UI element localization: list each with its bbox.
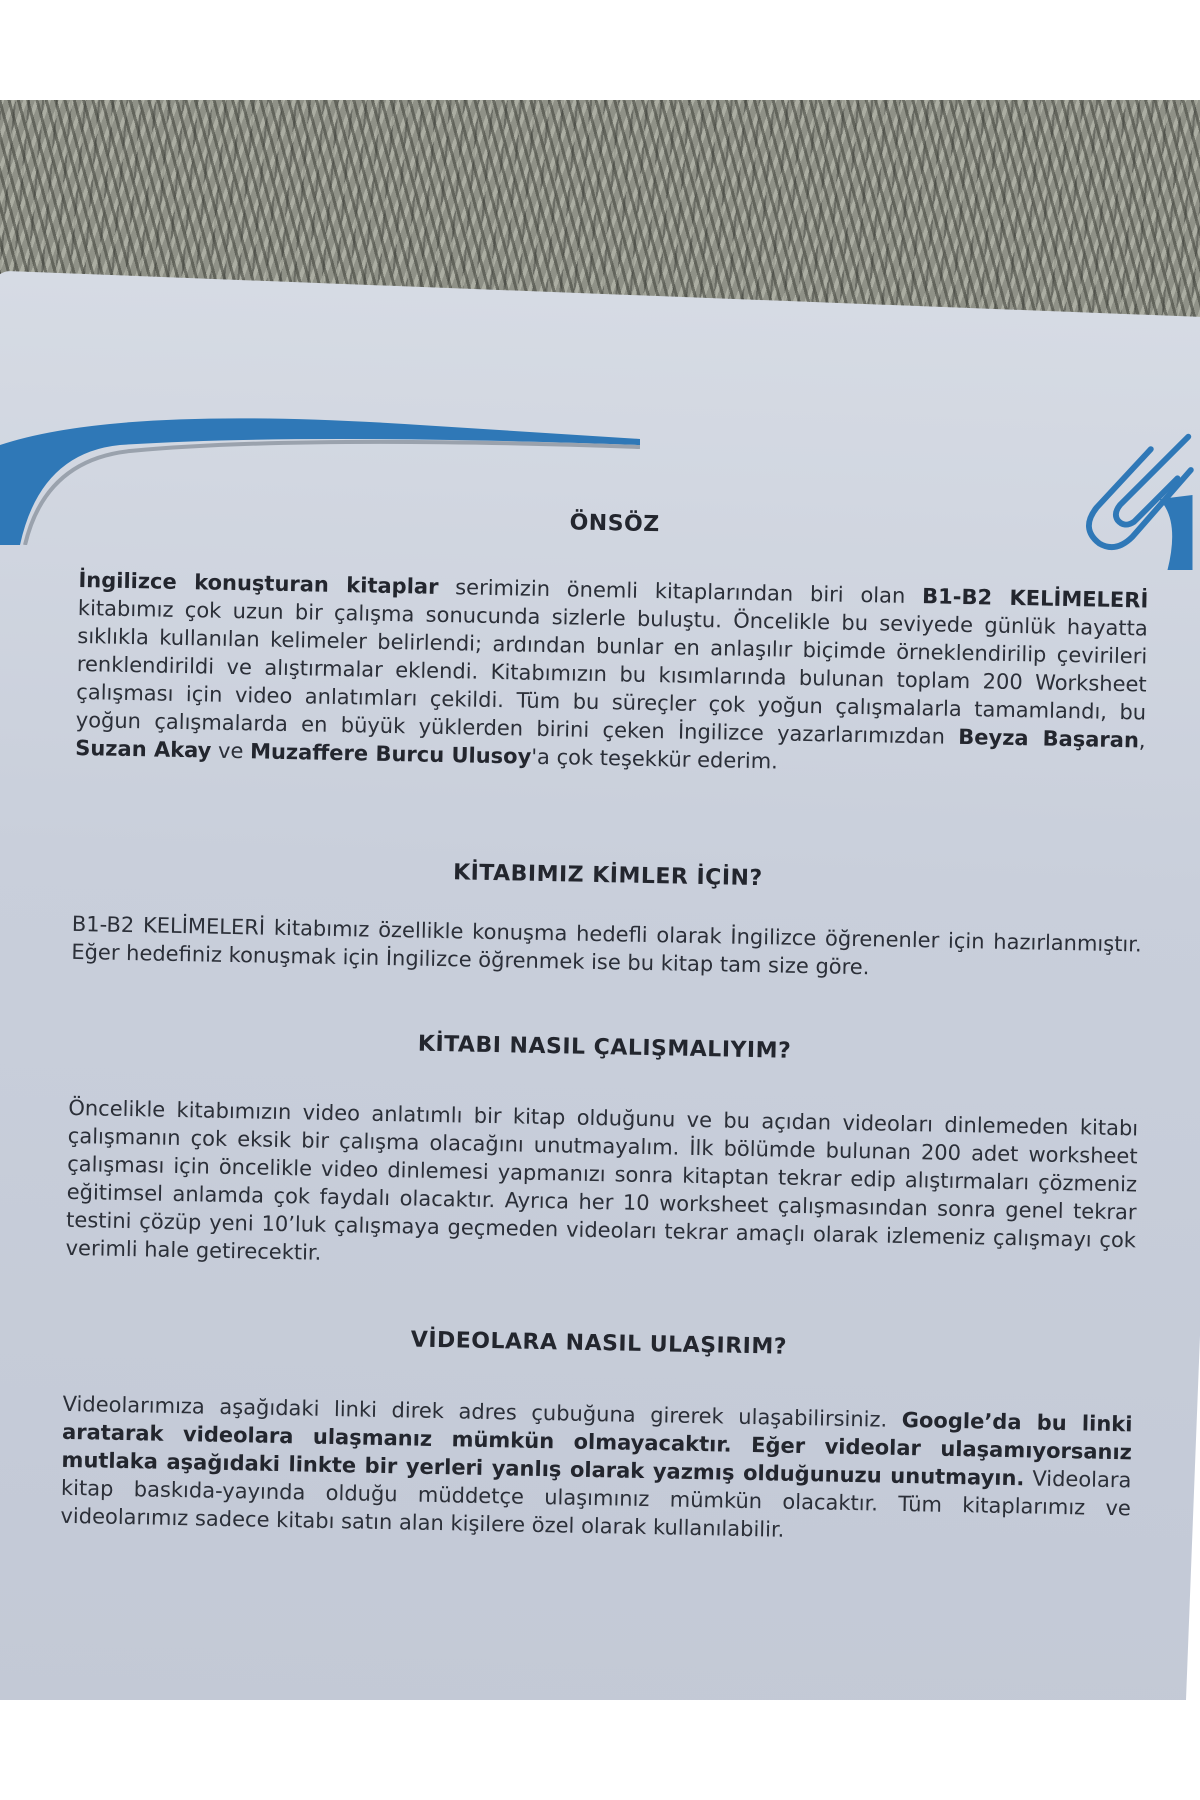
book-name: B1-B2 KELİMELERİ	[922, 584, 1149, 612]
video-access-paragraph: Videolarımıza aşağıdaki linki direk adre…	[60, 1390, 1132, 1551]
preface-paragraph: İngilizce konuşturan kitaplar serimizin …	[75, 566, 1149, 783]
text-run: ve	[211, 739, 250, 764]
series-name: İngilizce konuşturan kitaplar	[78, 568, 438, 599]
author-name: Suzan Akay	[75, 736, 212, 763]
page-content: ÖNSÖZ İngilizce konuşturan kitaplar seri…	[60, 500, 1150, 1550]
text-run: 'a çok teşekkür ederim.	[531, 745, 778, 774]
author-name: Beyza Başaran	[958, 725, 1139, 752]
how-to-study-paragraph: Öncelikle kitabımızın video anlatımlı bi…	[65, 1094, 1138, 1283]
text-run: serimizin önemli kitaplarından biri olan	[438, 575, 922, 608]
photo-border	[0, 1700, 1200, 1800]
text-run: ,	[1139, 728, 1146, 752]
author-name: Muzaffere Burcu Ulusoy	[250, 739, 532, 768]
